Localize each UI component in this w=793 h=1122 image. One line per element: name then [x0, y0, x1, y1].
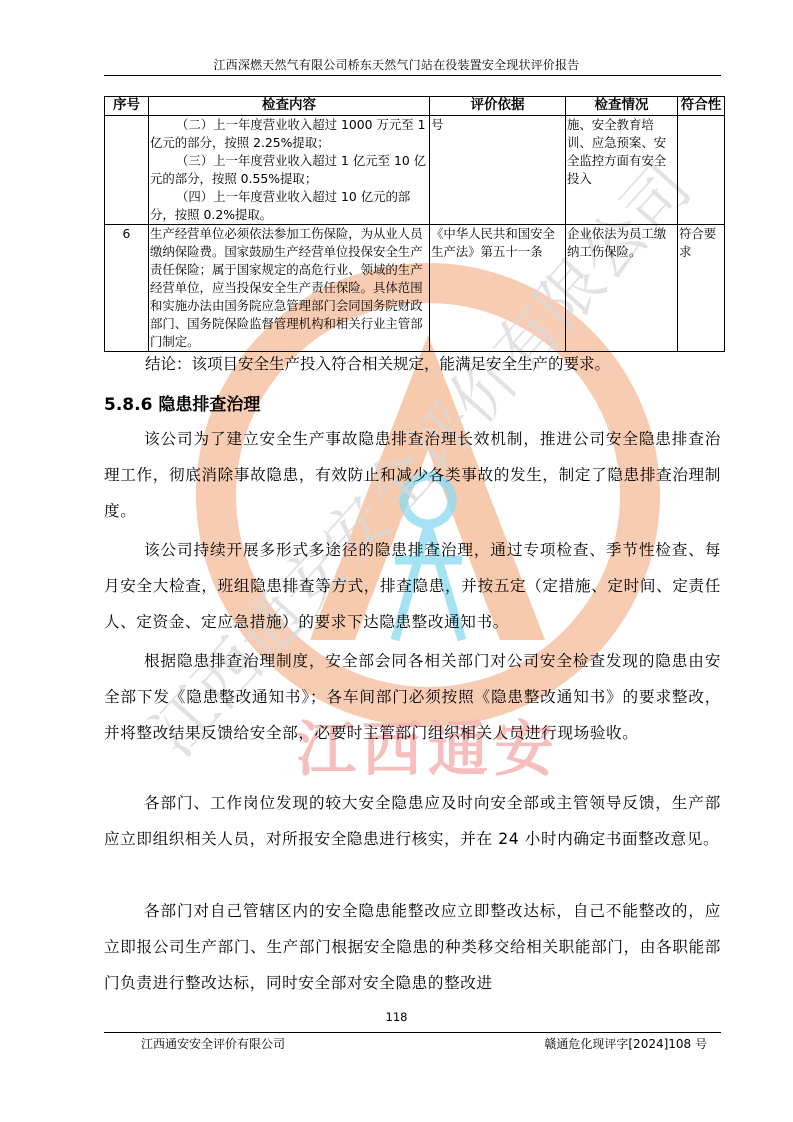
column-header-basis: 评价依据 — [430, 97, 566, 116]
body-paragraph: 根据隐患排查治理制度，安全部会同各相关部门对公司安全检查发现的隐患由安全部下发《… — [104, 643, 721, 751]
cell-content: （二）上一年度营业收入超过 1000 万元至 1 亿元的部分，按照 2.25%提… — [149, 116, 430, 225]
cell-basis: 号 — [430, 116, 566, 225]
footer-doc-number: 赣通危化现评字[2024]108 号 — [544, 1035, 707, 1052]
content-line: （四）上一年度营业收入超过 10 亿元的部分，按照 0.2%提取。 — [150, 188, 428, 224]
column-header-compliance: 符合性 — [678, 97, 725, 116]
section-heading: 5.8.6 隐患排查治理 — [104, 390, 260, 415]
report-header-title: 江西深燃天然气有限公司桥东天然气门站在役装置安全现状评价报告 — [0, 56, 793, 73]
content-line: （二）上一年度营业收入超过 1000 万元至 1 亿元的部分，按照 2.25%提… — [150, 116, 428, 152]
footer-divider — [104, 1032, 721, 1033]
cell-status: 企业依法为员工缴纳工伤保险。 — [566, 225, 678, 352]
cell-compliance — [678, 116, 725, 225]
safety-inspection-table: 序号 检查内容 评价依据 检查情况 符合性 （二）上一年度营业收入超过 1000… — [104, 96, 725, 352]
cell-content: 生产经营单位必须依法参加工伤保险，为从业人员缴纳保险费。国家鼓励生产经营单位投保… — [149, 225, 430, 352]
conclusion-text: 结论：该项目安全生产投入符合相关规定，能满足安全生产的要求。 — [145, 352, 610, 374]
body-paragraph: 该公司为了建立安全生产事故隐患排查治理长效机制，推进公司安全隐患排查治理工作，彻… — [104, 421, 721, 529]
page-number: 118 — [0, 1010, 793, 1024]
table-header-row: 序号 检查内容 评价依据 检查情况 符合性 — [105, 97, 725, 116]
header-divider — [104, 75, 721, 76]
column-header-seq: 序号 — [105, 97, 149, 116]
table-row: （二）上一年度营业收入超过 1000 万元至 1 亿元的部分，按照 2.25%提… — [105, 116, 725, 225]
cell-seq: 6 — [105, 225, 149, 352]
cell-compliance: 符合要求 — [678, 225, 725, 352]
column-header-status: 检查情况 — [566, 97, 678, 116]
footer-company: 江西通安安全评价有限公司 — [141, 1035, 285, 1052]
document-page: 江西通安安全评价有限公司 江西通安 江西深燃天然气有限公司桥东天然气门站在役装置… — [0, 0, 793, 1122]
body-paragraph: 各部门、工作岗位发现的较大安全隐患应及时向安全部或主管领导反馈，生产部应立即组织… — [104, 785, 721, 857]
table-row: 6 生产经营单位必须依法参加工伤保险，为从业人员缴纳保险费。国家鼓励生产经营单位… — [105, 225, 725, 352]
column-header-content: 检查内容 — [149, 97, 430, 116]
cell-seq — [105, 116, 149, 225]
body-paragraph: 该公司持续开展多形式多途径的隐患排查治理，通过专项检查、季节性检查、每月安全大检… — [104, 532, 721, 640]
cell-status: 施、安全教育培训、应急预案、安全监控方面有安全投入 — [566, 116, 678, 225]
body-paragraph: 各部门对自己管辖区内的安全隐患能整改应立即整改达标，自己不能整改的，应立即报公司… — [104, 893, 721, 1001]
cell-basis: 《中华人民共和国安全生产法》第五十一条 — [430, 225, 566, 352]
content-line: （三）上一年度营业收入超过 1 亿元至 10 亿元的部分，按照 0.55%提取； — [150, 152, 428, 188]
